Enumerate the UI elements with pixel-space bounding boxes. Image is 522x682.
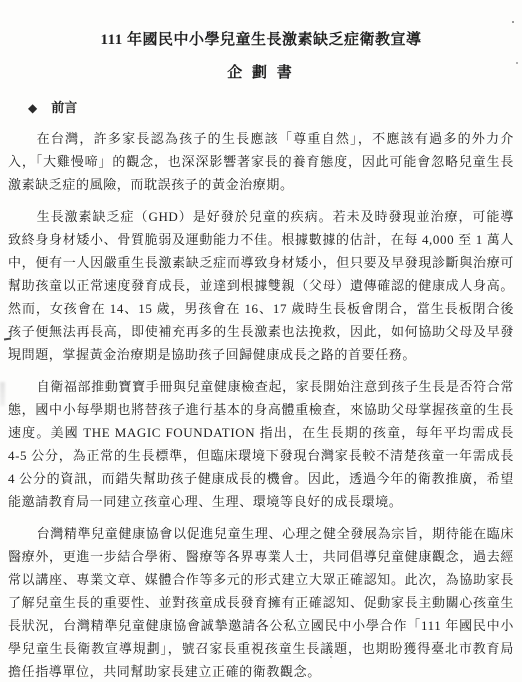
document-title: 111 年國民中小學兒童生長激素缺乏症衛教宣導 <box>8 30 514 50</box>
document-content: 111 年國民中小學兒童生長激素缺乏症衛教宣導 企 劃 書 ◆ 前言 在台灣，許… <box>8 0 514 682</box>
paragraph-2: 生長激素缺乏症（GHD）是好發於兒童的疾病。若未及時發現並治療，可能導致終身身材… <box>8 205 514 366</box>
foreword-section-heading: ◆ 前言 <box>8 99 514 117</box>
paragraph-1: 在台灣，許多家長認為孩子的生長應該「尊重自然」，不應該有過多的外力介入，「大雞慢… <box>8 127 514 196</box>
foreword-heading-label: 前言 <box>51 99 77 117</box>
scan-speck <box>516 62 518 64</box>
scan-speck <box>512 21 514 23</box>
scanned-document-page: 111 年國民中小學兒童生長激素缺乏症衛教宣導 企 劃 書 ◆ 前言 在台灣，許… <box>0 0 522 682</box>
paragraph-3: 自衛福部推動寶寶手冊與兒童健康檢查起，家長開始注意到孩子生長是否符合常態，國中小… <box>8 375 514 513</box>
paragraph-4: 台灣精準兒童健康協會以促進兒童生理、心理之健全發展為宗旨，期待能在臨床醫療外，更… <box>8 522 514 682</box>
diamond-bullet-icon: ◆ <box>28 99 37 117</box>
document-subtitle: 企 劃 書 <box>8 63 514 83</box>
scan-speck <box>9 347 11 349</box>
scan-smudge <box>0 382 5 406</box>
document-body: 在台灣，許多家長認為孩子的生長應該「尊重自然」，不應該有過多的外力介入，「大雞慢… <box>8 127 514 682</box>
scan-speck <box>330 656 332 658</box>
scan-speck <box>218 652 220 654</box>
